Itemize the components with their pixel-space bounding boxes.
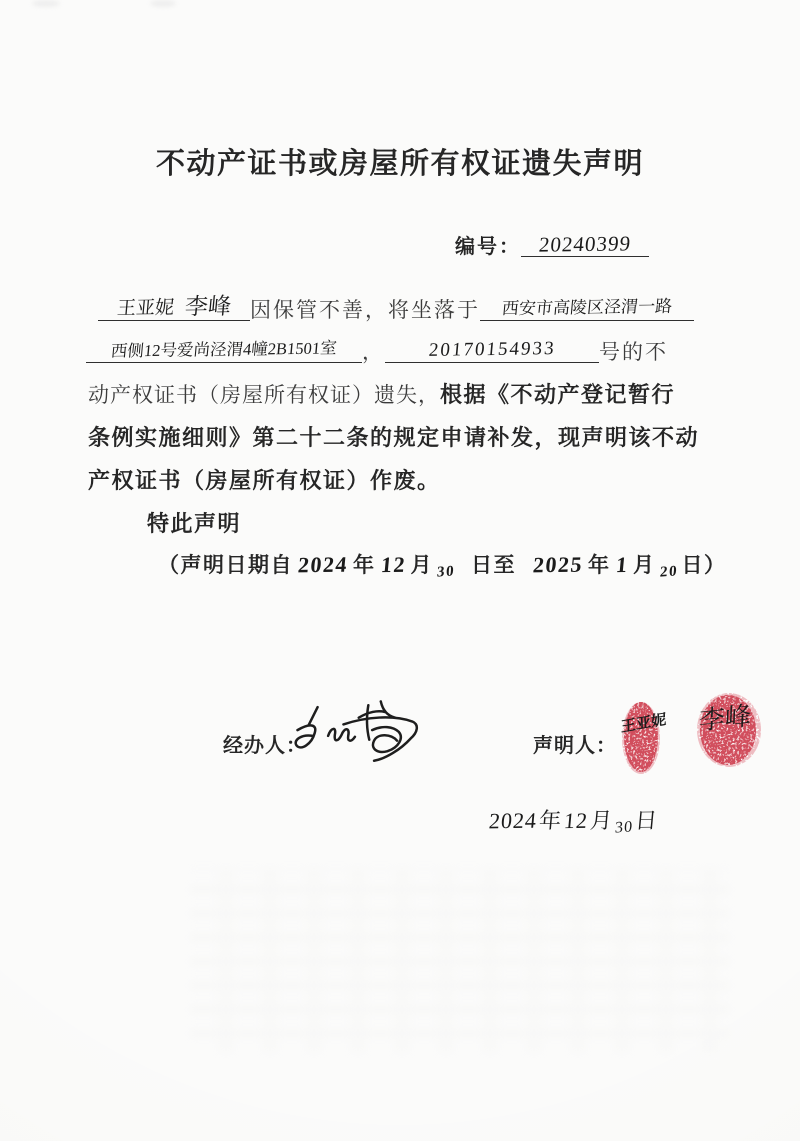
declarant-name-2-over-print: 李峰 [699,698,751,735]
validity-prefix: （声明日期自 [158,554,293,577]
bleed-through-ghost [190,868,730,1053]
address-line2-handwritten: 西侧12号爱尚泾渭4幢2B1501室 [110,340,337,360]
month-unit: 月 [411,554,434,577]
cert-number-blank: 20170154933 [385,340,599,363]
address-blank-2: 西侧12号爱尚泾渭4幢2B1501室 [86,342,362,363]
body-line-2: 西侧12号爱尚泾渭4幢2B1501室，20170154933号的不 [86,340,668,363]
hereby-declare: 特此声明 [147,513,241,535]
body-line-5: 产权证书（房屋所有权证）作废。 [88,470,441,492]
validity-period-line: （声明日期自2024年12月30日至2025年1月20日） [158,554,727,576]
declarant-name-2-handwritten: 李峰 [183,295,231,319]
day-to-unit: 日至 [471,554,516,577]
validity-start-year-handwritten: 2024 [297,554,349,577]
validity-start-month-handwritten: 12 [379,554,406,576]
document-title: 不动产证书或房屋所有权证遗失声明 [0,141,800,182]
footer-year-handwritten: 2024 [488,810,538,833]
validity-start-day-handwritten: 30 [436,564,455,580]
printed-clause-keep: 因保管不善，将坐落于 [250,298,480,322]
cert-number-handwritten: 20170154933 [428,339,556,360]
serial-blank: 20240399 [521,234,649,257]
body-line-1: 王亚妮李峰因保管不善，将坐落于西安市高陵区泾渭一路 [98,295,694,321]
body-line-3: 动产权证书（房屋所有权证）遗失，根据《不动产登记暂行 [88,384,675,406]
body-line-4: 条例实施细则》第二十二条的规定申请补发，现声明该不动 [88,427,699,449]
declarant-name-1-handwritten: 王亚妮 [117,299,176,319]
validity-end-day-handwritten: 20 [659,564,678,580]
handler-signature-scribble [286,695,420,771]
validity-end-year-handwritten: 2025 [532,554,584,577]
address-line1-handwritten: 西安市高陵区泾渭一路 [501,298,673,317]
declarant-name-1-over-print: 王亚妮 [621,712,666,733]
printed-clause-per: 根据《不动产登记暂行 [440,382,675,407]
printed-clause-lost: 动产权证书（房屋所有权证）遗失， [88,383,440,407]
footer-day-handwritten: 30 [614,819,633,836]
validity-end-month-handwritten: 1 [614,554,629,576]
footer-day-unit: 日 [634,810,659,832]
printed-comma: ， [362,340,385,364]
year-unit: 年 [588,554,611,577]
serial-line: 编号：20240399 [455,234,649,257]
serial-number-handwritten: 20240399 [538,233,632,255]
serial-label: 编号： [455,236,521,258]
footer-month-unit: 月 [589,810,614,832]
scan-smudge [32,0,60,7]
scan-smudge [150,0,176,7]
printed-number-suffix: 号的不 [599,340,668,364]
footer-month-handwritten: 12 [563,810,589,832]
day-close-unit: 日） [682,554,727,577]
month-unit: 月 [633,554,656,577]
year-unit: 年 [353,554,376,577]
scanned-declaration-page: 不动产证书或房屋所有权证遗失声明 编号：20240399 王亚妮李峰因保管不善，… [0,0,800,1141]
footer-date: 2024年12月30日 [489,810,660,832]
footer-year-unit: 年 [538,810,563,832]
names-blank: 王亚妮李峰 [98,295,250,321]
address-blank-1: 西安市高陵区泾渭一路 [480,299,694,321]
declarant-label: 声明人： [533,729,617,758]
